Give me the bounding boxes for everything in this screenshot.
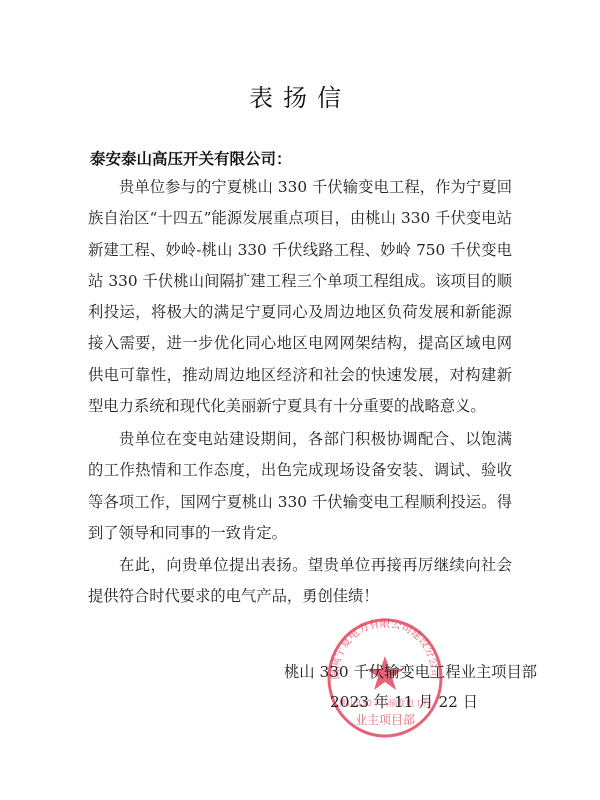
salutation: 泰安泰山高压开关有限公司： — [90, 147, 292, 169]
signing-date: 2023 年 11 月 22 日 — [330, 690, 478, 712]
signer: 桃山 330 千伏输变电工程业主项目部 — [284, 660, 537, 682]
seal-inner-text-2: 业主项目部 — [355, 713, 415, 727]
paragraph-1: 贵单位参与的宁夏桃山 330 千伏输变电工程，作为宁夏回族自治区“十四五”能源发… — [88, 172, 512, 422]
letter-title: 表扬信 — [0, 78, 600, 113]
paragraph-3: 在此，向贵单位提出表扬。望贵单位再接再厉继续向社会提供符合时代要求的电气产品，勇… — [88, 550, 512, 613]
paragraph-2: 贵单位在变电站建设期间，各部门积极协调配合、以饱满的工作热情和工作态度，出色完成… — [88, 424, 512, 549]
